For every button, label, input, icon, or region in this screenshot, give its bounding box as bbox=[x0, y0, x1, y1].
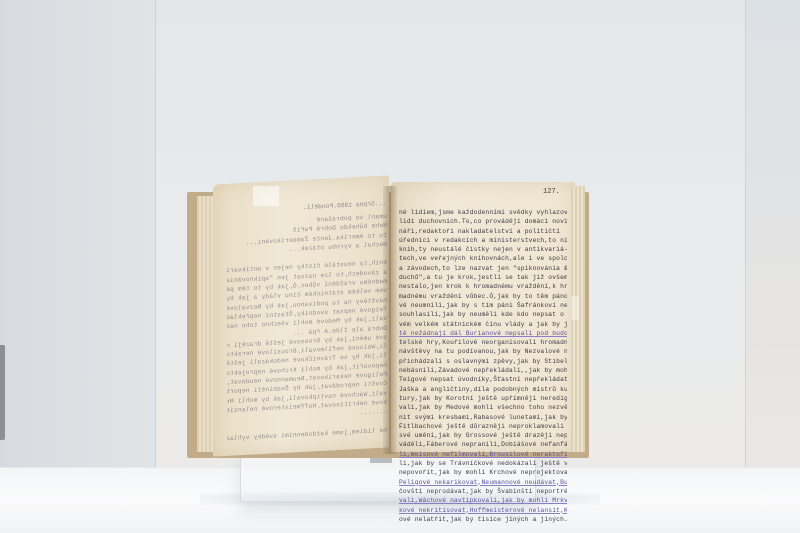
text-line: lidí duchovních.To,co provádějí domácí n… bbox=[399, 217, 567, 226]
open-manuscript-book: ...Srpna 1950.Pondělí. umanl so pobrašan… bbox=[183, 176, 593, 458]
text-line: tech,ve veřejných knihovnách,ale i ve sp… bbox=[399, 254, 567, 263]
glass-edge-left bbox=[155, 0, 156, 470]
text-line: telské hry,Kouřilové neorganisovali hrom… bbox=[399, 338, 567, 347]
text-line: souhlasili,jak by neuměli kde kdo nepsat… bbox=[399, 310, 567, 319]
text-line: náři,redaktoři nakladatelství a političt… bbox=[399, 227, 567, 236]
text-line: vali,Wáchové navtipkovali,jak by mohli M… bbox=[399, 496, 567, 505]
text-line: madnému vraždění vůbec.Ó,jak by to těm p… bbox=[399, 292, 567, 301]
left-page-text: umanl so pobrašané Nehe bůhekdo Dobrá Pa… bbox=[227, 212, 387, 444]
text-line: přichádzali s oslavnými zpěvy,jak by Sti… bbox=[399, 357, 567, 366]
text-line: a závodech,to lze nazvat jen "spiknováni… bbox=[399, 264, 567, 273]
text-line: úředníci v redakcích a ministerstvech,to… bbox=[399, 236, 567, 245]
text-line: kové nekritisovat,Hoffmeisterové nelansí… bbox=[399, 506, 567, 515]
text-line: vém velkém státnickém činu vlády a jak b… bbox=[399, 320, 567, 329]
text-line: Peligové nekarikovat,Neumannové neudávat… bbox=[399, 478, 567, 487]
text-line: čovští neprodávat,jak by Švabinští nepor… bbox=[399, 487, 567, 496]
text-line: li,jak by se Trávníčkové nedokázali ješt… bbox=[399, 459, 567, 468]
text-line: né lidiem,jsme každodenními svědky vyhla… bbox=[399, 208, 567, 217]
display-case-left-wall bbox=[0, 0, 155, 470]
glass-edge-right bbox=[745, 0, 746, 470]
page-clip-tab bbox=[571, 296, 579, 320]
text-line: Teigové nepsat úvodníky,Šťastní nepřeklá… bbox=[399, 375, 567, 384]
text-line: duchů",a tu je krok,jestli se tak již ov… bbox=[399, 273, 567, 282]
text-line: tury,jak by Korotní ještě upřímněji nere… bbox=[399, 394, 567, 403]
text-line: Fitlbachové ještě důrazněji neproklamova… bbox=[399, 422, 567, 431]
protective-tape bbox=[253, 186, 279, 206]
page-number: 127. bbox=[543, 188, 560, 196]
display-case-right-wall bbox=[745, 0, 800, 470]
text-line: nepovořit,jak by mohli Krchové neprojekt… bbox=[399, 468, 567, 477]
text-line: nebásnili,Závadové nepřekládali,,jak by … bbox=[399, 366, 567, 375]
text-line: vali,jak by Medové mohli všechno toho ne… bbox=[399, 403, 567, 412]
text-line: vé neumnili,jak by s tím páni Šafránkoví… bbox=[399, 301, 567, 310]
text-line: Jaška a angličtiny,díla podobných mistrů… bbox=[399, 385, 567, 394]
text-line: nestalo,jen krok k hromadnému vraždění,k… bbox=[399, 282, 567, 291]
text-line: tě nežádnají dál Burianové nepsali pod b… bbox=[399, 329, 567, 338]
museum-display-scene: ...Srpna 1950.Pondělí. umanl so pobrašan… bbox=[0, 0, 800, 533]
text-line: ové nelatřit,jak by tisíce jiných a jiný… bbox=[399, 515, 567, 524]
text-line: své umění,jak by Grossové ještě drazěji … bbox=[399, 431, 567, 440]
text-line: li,Weisové nefilmovali,Brousilové nerakt… bbox=[399, 450, 567, 459]
text-line: nit svými kresbami,Rabasové lunetami,jak… bbox=[399, 413, 567, 422]
stand-clip bbox=[370, 458, 392, 463]
text-line: knih,ty neustálé čistky nejen v antikvar… bbox=[399, 245, 567, 254]
text-line: váděli,Fáberové nepranili,Dobiášové nefa… bbox=[399, 440, 567, 449]
case-frame-clip bbox=[0, 345, 5, 440]
right-page-text: né lidiem,jsme každodenními svědky vyhla… bbox=[399, 208, 567, 524]
text-line: návštěvy na tu podívanou,jak by Nezvalov… bbox=[399, 347, 567, 356]
